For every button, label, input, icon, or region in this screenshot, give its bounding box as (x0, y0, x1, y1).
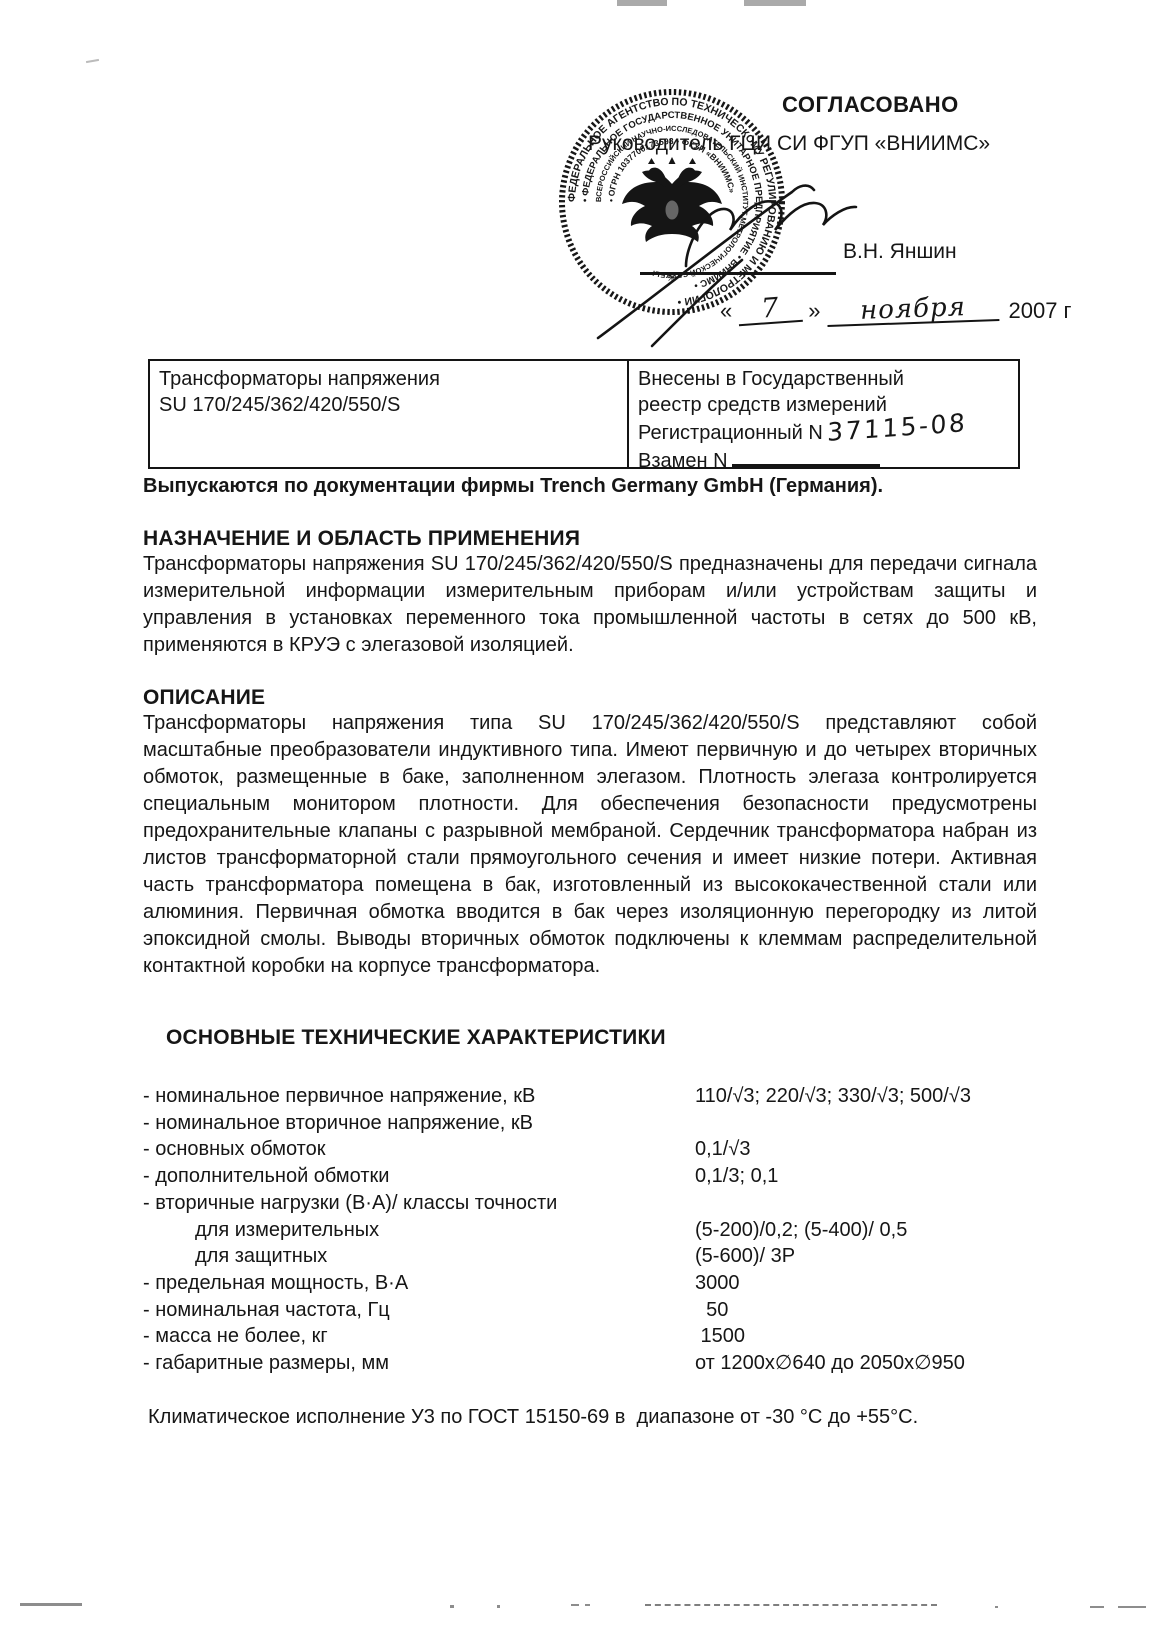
spec-row-protective: для защитных (5-600)/ 3Р (143, 1243, 1049, 1270)
purpose-heading: НАЗНАЧЕНИЕ И ОБЛАСТЬ ПРИМЕНЕНИЯ (143, 527, 580, 551)
scan-artifact (86, 59, 99, 63)
spec-row-main-windings: - основных обмоток 0,1/√3 (143, 1136, 1049, 1163)
signature-underline (640, 272, 836, 275)
device-name-cell: Трансформаторы напряжения SU 170/245/362… (150, 361, 629, 467)
spec-row-mass: - масса не более, кг 1500 (143, 1323, 1049, 1350)
date-year: 2007 г (999, 298, 1072, 324)
replaces-blank-line (732, 446, 880, 467)
registration-number-handwritten: 37115-08 (827, 410, 967, 446)
registry-line3: Регистрационный N37115-08 (638, 418, 1009, 446)
description-heading: ОПИСАНИЕ (143, 686, 265, 710)
device-name-line1: Трансформаторы напряжения (159, 366, 618, 392)
scan-artifact (645, 1604, 937, 1606)
spec-row-additional-winding: - дополнительной обмотки 0,1/3; 0,1 (143, 1163, 1049, 1190)
spec-row-dimensions: - габаритные размеры, мм от 1200х∅640 до… (143, 1350, 1049, 1377)
scanned-document-page: СОГЛАСОВАНО Руководитель ГЦИ СИ ФГУП «ВН… (0, 0, 1172, 1649)
specs-list: - номинальное первичное напряжение, кВ 1… (143, 1083, 1049, 1377)
specs-heading: ОСНОВНЫЕ ТЕХНИЧЕСКИЕ ХАРАКТЕРИСТИКИ (166, 1026, 666, 1050)
approval-date: « 7 » ноября 2007 г (714, 296, 1072, 324)
scan-artifact (20, 1603, 82, 1606)
description-body: Трансформаторы напряжения типа SU 170/24… (143, 710, 1037, 980)
scan-artifact (1090, 1606, 1104, 1608)
date-month-handwritten: ноября (826, 293, 999, 327)
date-close-quote: » (802, 298, 826, 324)
registration-table: Трансформаторы напряжения SU 170/245/362… (148, 359, 1020, 469)
registry-cell: Внесены в Государственный реестр средств… (629, 361, 1018, 467)
spec-row-primary-voltage: - номинальное первичное напряжение, кВ 1… (143, 1083, 1049, 1110)
spec-row-frequency: - номинальная частота, Гц 50 (143, 1297, 1049, 1324)
date-day-handwritten: 7 (737, 294, 803, 326)
registry-line4: Взамен N (638, 446, 1009, 474)
scan-artifact (995, 1606, 998, 1608)
scan-artifact (744, 0, 806, 6)
spec-row-measuring: для измерительных (5-200)/0,2; (5-400)/ … (143, 1217, 1049, 1244)
scan-artifact (571, 1604, 579, 1606)
date-open-quote: « (714, 298, 738, 324)
climate-note: Климатическое исполнение У3 по ГОСТ 1515… (148, 1406, 918, 1429)
manufacturer-note: Выпускаются по документации фирмы Trench… (143, 475, 883, 498)
approval-title: СОГЛАСОВАНО (782, 92, 959, 118)
replaces-label: Взамен N (638, 450, 728, 472)
purpose-body: Трансформаторы напряжения SU 170/245/362… (143, 551, 1037, 659)
scan-artifact (1118, 1606, 1146, 1608)
signature (540, 150, 1100, 380)
signer-name: В.Н. Яншин (843, 240, 957, 264)
spec-row-secondary-voltage: - номинальное вторичное напряжение, кВ (143, 1110, 1049, 1137)
spec-row-max-power: - предельная мощность, В·А 3000 (143, 1270, 1049, 1297)
registration-number-label: Регистрационный N (638, 422, 823, 444)
scan-artifact (497, 1605, 500, 1608)
scan-artifact (450, 1605, 454, 1608)
spec-row-secondary-loads: - вторичные нагрузки (В·А)/ классы точно… (143, 1190, 1049, 1217)
scan-artifact (617, 0, 667, 6)
registry-line1: Внесены в Государственный (638, 366, 1009, 392)
device-name-line2: SU 170/245/362/420/550/S (159, 392, 618, 418)
scan-artifact (585, 1604, 590, 1606)
